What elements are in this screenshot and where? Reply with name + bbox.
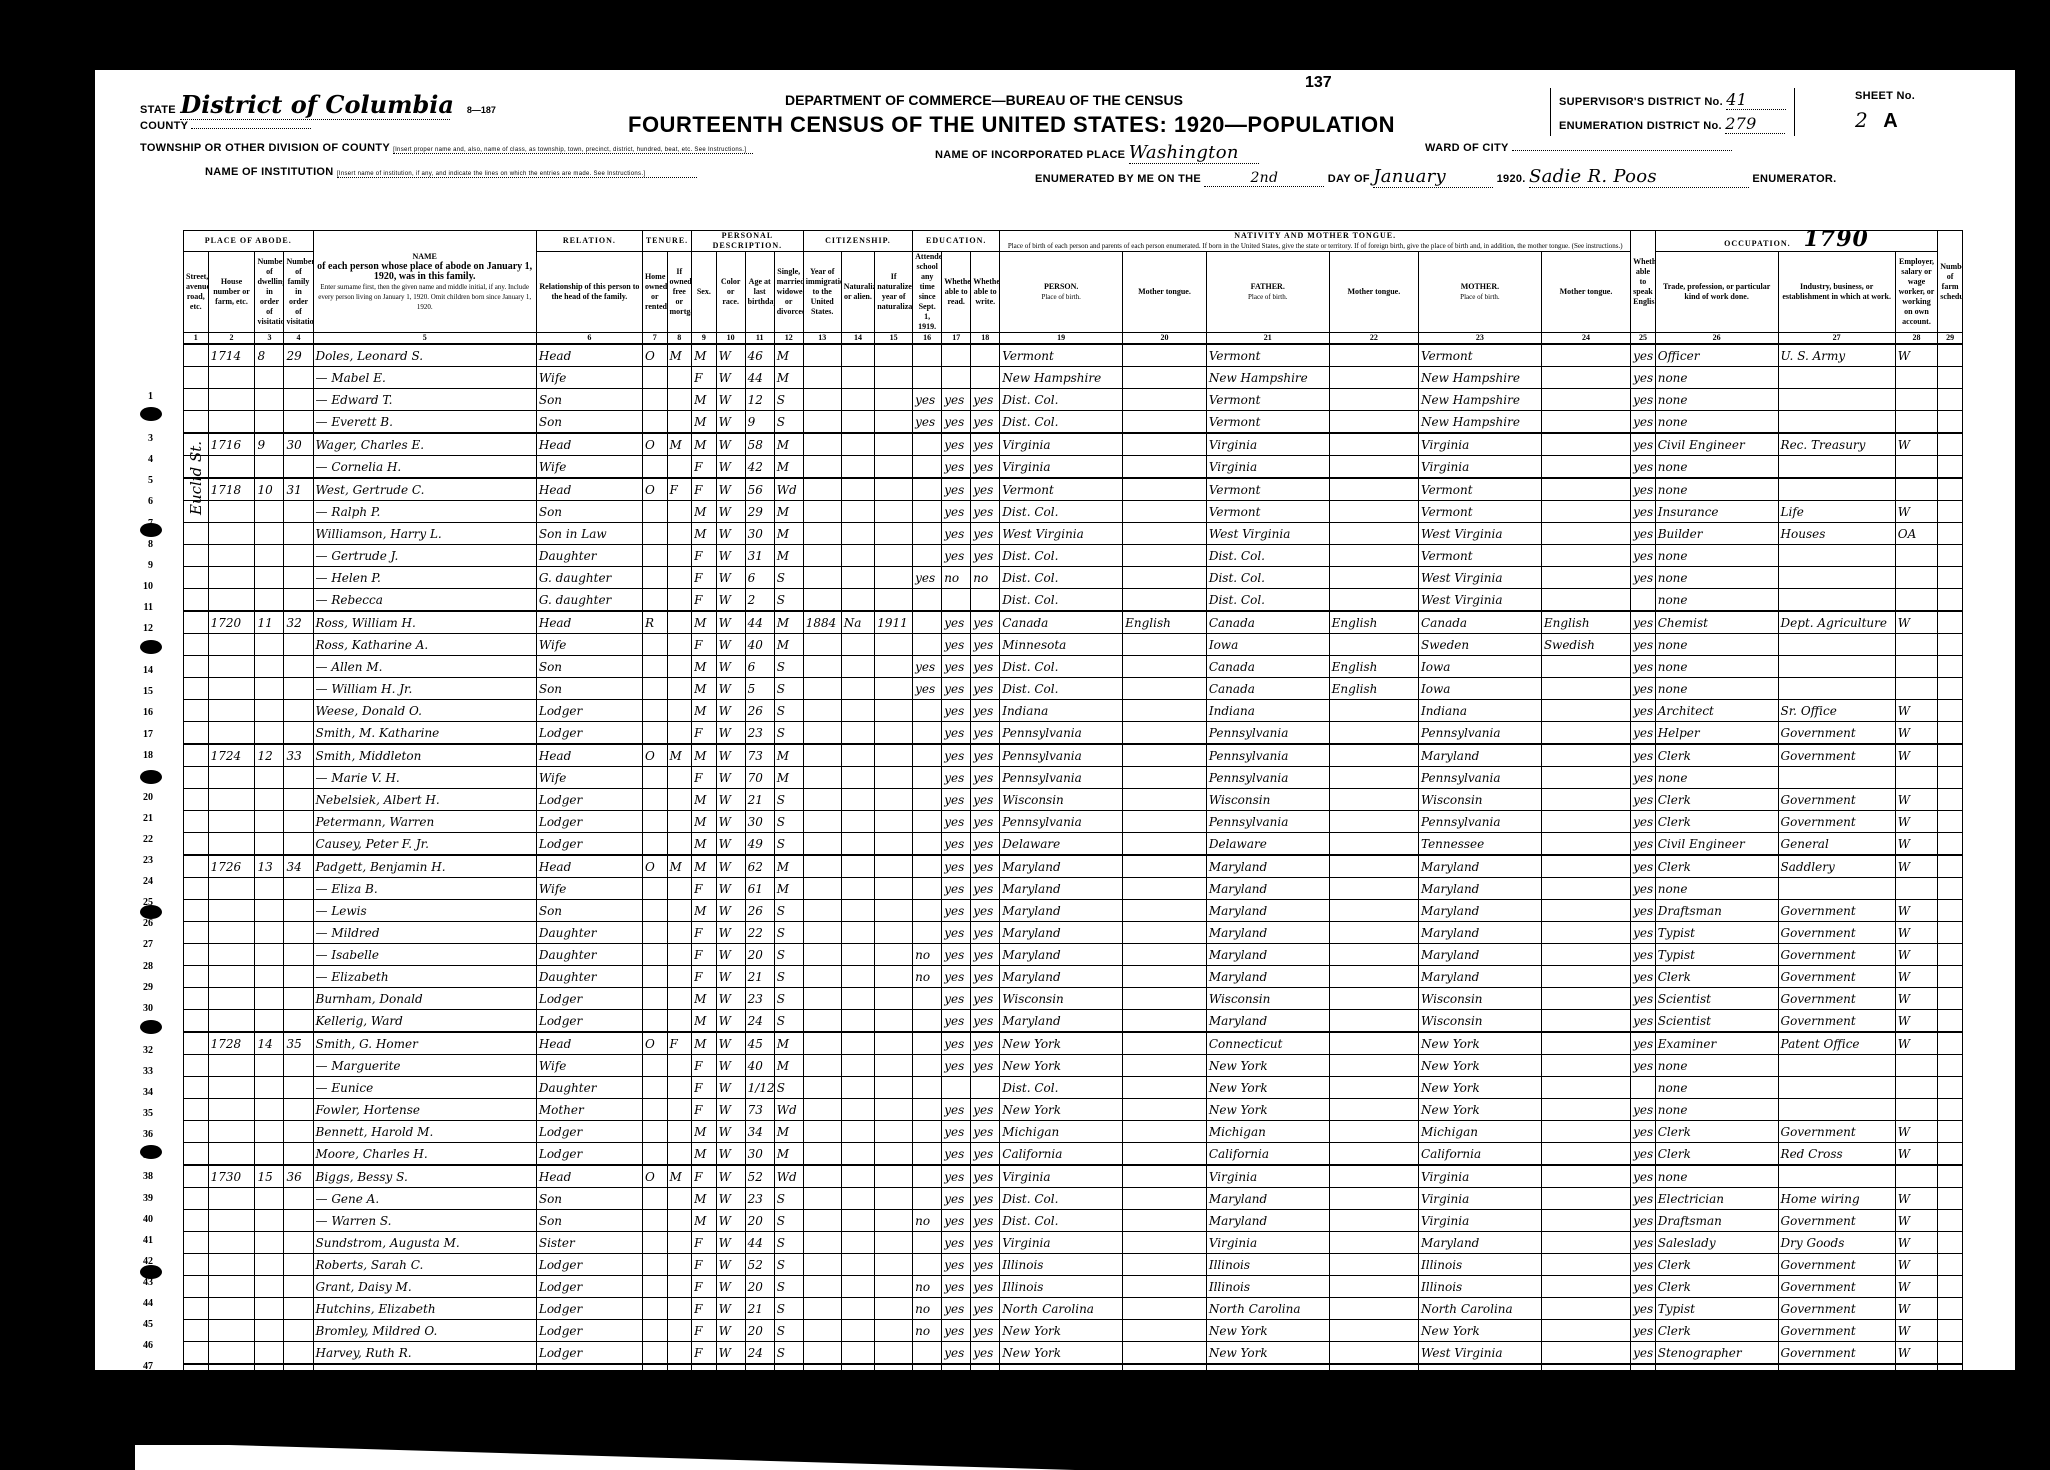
cell-school (913, 988, 942, 1010)
cell-fpob: Connecticut (1206, 1032, 1329, 1055)
census-row: — EuniceDaughterFW1/12SDist. Col.New Yor… (184, 1077, 1963, 1099)
cell-nat (841, 700, 875, 722)
cell-race: W (716, 1298, 745, 1320)
cell-name: Doles, Leonard S. (313, 344, 536, 367)
cell-farm (1938, 767, 1963, 789)
cell-relation: Son (536, 389, 642, 411)
cell-race: W (716, 1032, 745, 1055)
cell-mpob: Wisconsin (1419, 789, 1542, 811)
cell-marital: M (774, 456, 803, 479)
cell-read: yes (942, 1298, 971, 1320)
cell-sex: M (692, 611, 717, 634)
cell-tongue (1123, 589, 1207, 612)
cell-owned (642, 1298, 667, 1320)
cell-age: 6 (745, 656, 774, 678)
cell-nat (841, 878, 875, 900)
cell-age: 20 (745, 1320, 774, 1342)
cell-write: yes (971, 744, 1000, 767)
cell-sex: M (692, 523, 717, 545)
cell-marital: M (774, 1032, 803, 1055)
cell-age: 52 (745, 1254, 774, 1276)
cell-imm (803, 1210, 841, 1232)
cell-owned (642, 1409, 667, 1431)
group-citizenship: CITIZENSHIP. (803, 231, 912, 252)
cell-mtongue (1541, 678, 1630, 700)
cell-age: 73 (745, 1099, 774, 1121)
cell-pob: Illinois (1000, 1254, 1123, 1276)
line-number: 49 (133, 1399, 153, 1420)
cell-fpob: North Carolina (1206, 1298, 1329, 1320)
cell-dwelling (255, 767, 284, 789)
cell-school (913, 1342, 942, 1365)
cell-race: W (716, 700, 745, 722)
cell-tongue (1123, 478, 1207, 501)
cell-school (913, 501, 942, 523)
cell-family (284, 922, 313, 944)
cell-mpob: Pennsylvania (1419, 811, 1542, 833)
cell-school (913, 1232, 942, 1254)
ward-field: WARD OF CITY (1425, 142, 1732, 154)
cell-mortgage (667, 700, 692, 722)
cell-write: yes (971, 1342, 1000, 1365)
cell-dwelling: 15 (255, 1165, 284, 1188)
cell-marital: M (774, 1409, 803, 1431)
line-number: 24 (133, 871, 153, 892)
cell-farm (1938, 1055, 1963, 1077)
cell-natyr (875, 478, 913, 501)
cell-street (184, 1099, 209, 1121)
cell-street (184, 1342, 209, 1365)
cell-age: 70 (745, 767, 774, 789)
cell-ftongue (1329, 1055, 1418, 1077)
census-row: — Gertrude J.DaughterFW31MyesyesDist. Co… (184, 545, 1963, 567)
cell-owned (642, 678, 667, 700)
cell-natyr (875, 1121, 913, 1143)
cell-house (208, 411, 255, 434)
cell-pob: Kansas (1000, 1387, 1123, 1409)
cell-school (913, 811, 942, 833)
cell-ftongue (1329, 988, 1418, 1010)
cell-industry: Government (1778, 1409, 1895, 1431)
line-number: 36 (133, 1124, 153, 1145)
cell-natyr (875, 767, 913, 789)
cell-write: yes (971, 456, 1000, 479)
cell-marital: S (774, 1188, 803, 1210)
cell-natyr (875, 944, 913, 966)
cell-street (184, 611, 209, 634)
cell-sex: F (692, 966, 717, 988)
punch-hole (140, 1020, 162, 1034)
cell-nat (841, 789, 875, 811)
cell-owned: R (642, 611, 667, 634)
cell-industry (1778, 456, 1895, 479)
form-code: 8—187 (467, 105, 496, 115)
cell-nat (841, 367, 875, 389)
cell-pob: Virginia (1000, 1409, 1123, 1431)
cell-sex: F (692, 1298, 717, 1320)
cell-mortgage (667, 367, 692, 389)
cell-name: West, Gertrude C. (313, 478, 536, 501)
cell-english: yes (1631, 1099, 1656, 1121)
cell-class (1895, 678, 1937, 700)
cell-tongue (1123, 744, 1207, 767)
cell-write: yes (971, 1320, 1000, 1342)
cell-english: yes (1631, 678, 1656, 700)
cell-school (913, 1387, 942, 1409)
punch-hole (140, 407, 162, 421)
cell-name: Williamson, Harry L. (313, 523, 536, 545)
cell-family (284, 1232, 313, 1254)
cell-natyr (875, 1099, 913, 1121)
cell-write: yes (971, 523, 1000, 545)
cell-name: Wager, Charles E. (313, 433, 536, 456)
cell-mtongue (1541, 478, 1630, 501)
cell-dwelling (255, 878, 284, 900)
cell-mtongue (1541, 456, 1630, 479)
census-row: 17261334Padgett, Benjamin H.HeadOMMW62My… (184, 855, 1963, 878)
cell-house (208, 501, 255, 523)
cell-relation: Head (536, 855, 642, 878)
cell-natyr (875, 878, 913, 900)
cell-pob: Dist. Col. (1000, 1077, 1123, 1099)
cell-imm (803, 1298, 841, 1320)
cell-race: W (716, 1121, 745, 1143)
census-row: — William H. Jr.SonMW5SyesyesyesDist. Co… (184, 678, 1963, 700)
cell-imm (803, 1276, 841, 1298)
cell-read: yes (942, 1320, 971, 1342)
cell-farm (1938, 456, 1963, 479)
cell-owned: O (642, 1364, 667, 1387)
cell-natyr (875, 1276, 913, 1298)
cell-class: W (1895, 1032, 1937, 1055)
cell-tongue (1123, 1342, 1207, 1365)
cell-dwelling (255, 411, 284, 434)
cell-family (284, 501, 313, 523)
cell-ftongue (1329, 922, 1418, 944)
township-field: TOWNSHIP OR OTHER DIVISION OF COUNTY [In… (140, 142, 753, 154)
cell-age: 61 (745, 878, 774, 900)
cell-owned (642, 1387, 667, 1409)
cell-class: W (1895, 700, 1937, 722)
cell-mtongue (1541, 922, 1630, 944)
cell-school: no (913, 966, 942, 988)
cell-fpob: Vermont (1206, 344, 1329, 367)
census-row: — Ralph P.SonMW29MyesyesDist. Col.Vermon… (184, 501, 1963, 523)
cell-trade: none (1655, 878, 1778, 900)
cell-mortgage (667, 545, 692, 567)
cell-house (208, 767, 255, 789)
cell-farm (1938, 744, 1963, 767)
cell-tongue (1123, 545, 1207, 567)
cell-sex: F (692, 367, 717, 389)
cell-farm (1938, 1143, 1963, 1166)
cell-family (284, 1143, 313, 1166)
cell-natyr: 1911 (875, 611, 913, 634)
cell-fpob: Pennsylvania (1206, 744, 1329, 767)
cell-relation: Lodger (536, 1143, 642, 1166)
cell-nat (841, 1387, 875, 1409)
cell-relation: Lodger (536, 1010, 642, 1033)
header-english: Whether able to speak English. (1631, 231, 1656, 333)
state-field: STATE District of Columbia 8—187 (140, 90, 496, 120)
cell-family (284, 1387, 313, 1409)
cell-imm (803, 1254, 841, 1276)
cell-relation: Daughter (536, 922, 642, 944)
cell-age: 2 (745, 589, 774, 612)
cell-write: yes (971, 1188, 1000, 1210)
cell-ftongue: French (1329, 1364, 1418, 1387)
cell-mpob: Maryland (1419, 1232, 1542, 1254)
cell-marital: M (774, 744, 803, 767)
cell-owned (642, 833, 667, 856)
cell-school (913, 789, 942, 811)
cell-farm (1938, 433, 1963, 456)
cell-fpob: Illinois (1206, 1276, 1329, 1298)
cell-class: W (1895, 1143, 1937, 1166)
cell-ftongue (1329, 878, 1418, 900)
cell-mortgage (667, 767, 692, 789)
cell-natyr (875, 1143, 913, 1166)
cell-industry: Government (1778, 1276, 1895, 1298)
cell-name: Zeliger, Robt. J. (313, 1364, 536, 1387)
cell-school (913, 833, 942, 856)
cell-industry: Government (1778, 1342, 1895, 1365)
cell-house (208, 833, 255, 856)
census-row: — Everett B.SonMW9SyesyesyesDist. Col.Ve… (184, 411, 1963, 434)
cell-industry: Government (1778, 744, 1895, 767)
cell-trade: Typist (1655, 1298, 1778, 1320)
cell-mortgage (667, 1055, 692, 1077)
cell-name: — Gene A. (313, 1188, 536, 1210)
cell-mpob: Canada (1419, 611, 1542, 634)
cell-name: — Allen M. (313, 656, 536, 678)
cell-relation: Lodger (536, 1254, 642, 1276)
cell-fpob: Pennsylvania (1206, 811, 1329, 833)
cell-mpob: West Virginia (1419, 1342, 1542, 1365)
cell-owned (642, 589, 667, 612)
cell-read: yes (942, 1342, 971, 1365)
cell-tongue (1123, 1121, 1207, 1143)
cell-natyr (875, 922, 913, 944)
cell-industry: Dept. Agriculture (1778, 611, 1895, 634)
cell-pob: Dist. Col. (1000, 411, 1123, 434)
header-class: Employer, salary or wage worker, or work… (1895, 252, 1937, 333)
header-owned: Home owned or rented. (642, 252, 667, 333)
cell-ftongue (1329, 789, 1418, 811)
cell-house (208, 545, 255, 567)
census-row: 17181031West, Gertrude C.HeadOFFW56Wdyes… (184, 478, 1963, 501)
cell-school (913, 744, 942, 767)
cell-class: W (1895, 501, 1937, 523)
enumeration-date-field: ENUMERATED BY ME ON THE 2nd DAY OF Janua… (1035, 166, 1837, 188)
cell-sex: F (692, 944, 717, 966)
line-number: 18 (133, 745, 153, 766)
cell-mortgage: M (667, 855, 692, 878)
cell-sex: F (692, 1276, 717, 1298)
cell-class: W (1895, 900, 1937, 922)
cell-imm (803, 833, 841, 856)
cell-industry (1778, 656, 1895, 678)
cell-marital: Wd (774, 478, 803, 501)
cell-ftongue (1329, 1210, 1418, 1232)
cell-marital: M (774, 1387, 803, 1409)
cell-imm (803, 367, 841, 389)
cell-race: W (716, 1232, 745, 1254)
header-father-tongue: Mother tongue. (1329, 252, 1418, 333)
cell-trade: none (1655, 589, 1778, 612)
cell-imm (803, 966, 841, 988)
cell-name: Nebelsiek, Albert H. (313, 789, 536, 811)
cell-pob: New York (1000, 1099, 1123, 1121)
cell-sex: M (692, 656, 717, 678)
cell-ftongue (1329, 1165, 1418, 1188)
cell-ftongue (1329, 523, 1418, 545)
cell-mpob: Virginia (1419, 1409, 1542, 1431)
cell-mpob: West Virginia (1419, 589, 1542, 612)
cell-sex: M (692, 1210, 717, 1232)
cell-trade: none (1655, 367, 1778, 389)
cell-school (913, 456, 942, 479)
cell-relation: Lodger (536, 700, 642, 722)
cell-ftongue (1329, 589, 1418, 612)
line-number: 16 (133, 702, 153, 723)
census-row: Williamson, Harry L.Son in LawMW30Myesye… (184, 523, 1963, 545)
cell-class: W (1895, 1188, 1937, 1210)
cell-mpob: Illinois (1419, 1276, 1542, 1298)
cell-write: no (971, 567, 1000, 589)
cell-house (208, 1099, 255, 1121)
cell-english: yes (1631, 922, 1656, 944)
cell-fpob: Pennsylvania (1206, 1387, 1329, 1409)
cell-industry: U. S. Army (1778, 344, 1895, 367)
cell-natyr (875, 1010, 913, 1033)
cell-tongue (1123, 1010, 1207, 1033)
cell-nat (841, 656, 875, 678)
cell-age: 12 (745, 389, 774, 411)
cell-street (184, 1276, 209, 1298)
cell-dwelling: 16 (255, 1364, 284, 1387)
cell-family (284, 878, 313, 900)
cell-marital: Wd (774, 1099, 803, 1121)
cell-sex: M (692, 700, 717, 722)
cell-school (913, 478, 942, 501)
cell-race: W (716, 988, 745, 1010)
cell-mortgage (667, 722, 692, 745)
cell-sex: M (692, 389, 717, 411)
cell-farm (1938, 589, 1963, 612)
cell-imm: 1884 (803, 611, 841, 634)
cell-pob: Dist. Col. (1000, 1188, 1123, 1210)
cell-nat (841, 344, 875, 367)
cell-race: W (716, 944, 745, 966)
cell-class: W (1895, 1342, 1937, 1365)
cell-dwelling (255, 1188, 284, 1210)
cell-house (208, 1188, 255, 1210)
cell-name: — Mabel E. (313, 367, 536, 389)
cell-nat (841, 1143, 875, 1166)
cell-relation: Lodger (536, 1121, 642, 1143)
cell-owned (642, 966, 667, 988)
cell-fpob: Maryland (1206, 966, 1329, 988)
cell-english: yes (1631, 389, 1656, 411)
cell-school (913, 700, 942, 722)
cell-imm (803, 456, 841, 479)
header-person-pob: PERSON.Place of birth. (1000, 252, 1123, 333)
cell-name: Oestermann, Edw. L. (313, 1409, 536, 1431)
cell-tongue (1123, 389, 1207, 411)
cell-pob: Dist. Col. (1000, 389, 1123, 411)
cell-imm (803, 344, 841, 367)
cell-read (942, 1077, 971, 1099)
cell-sex: M (692, 744, 717, 767)
cell-pob: New Hampshire (1000, 367, 1123, 389)
cell-relation: Nephew (536, 1409, 642, 1431)
cell-age: 30 (745, 811, 774, 833)
cell-write: yes (971, 1099, 1000, 1121)
header-trade: Trade, profession, or particular kind of… (1655, 252, 1778, 333)
line-number: 20 (133, 787, 153, 808)
cell-write: yes (971, 389, 1000, 411)
cell-name: Harvey, Ruth R. (313, 1342, 536, 1365)
cell-farm (1938, 1121, 1963, 1143)
cell-house (208, 1143, 255, 1166)
census-row: Oestermann, Edw. L.NephewMW37MyesyesVirg… (184, 1409, 1963, 1431)
cell-farm (1938, 501, 1963, 523)
cell-farm (1938, 1210, 1963, 1232)
cell-family: 31 (284, 478, 313, 501)
cell-school (913, 1055, 942, 1077)
cell-marital: S (774, 1077, 803, 1099)
cell-trade: Clerk (1655, 1254, 1778, 1276)
cell-relation: G. daughter (536, 567, 642, 589)
cell-fpob: New York (1206, 1077, 1329, 1099)
cell-ftongue (1329, 966, 1418, 988)
cell-name: Burnham, Donald (313, 988, 536, 1010)
cell-race: W (716, 545, 745, 567)
cell-street (184, 1143, 209, 1166)
cell-pob: Maryland (1000, 966, 1123, 988)
cell-read: yes (942, 811, 971, 833)
cell-sex: F (692, 1099, 717, 1121)
cell-tongue (1123, 789, 1207, 811)
cell-mtongue (1541, 1210, 1630, 1232)
cell-english: yes (1631, 1342, 1656, 1365)
cell-trade: none (1655, 634, 1778, 656)
cell-trade: Clerk (1655, 1320, 1778, 1342)
cell-dwelling (255, 789, 284, 811)
cell-imm (803, 1055, 841, 1077)
cell-school (913, 523, 942, 545)
cell-mortgage (667, 1387, 692, 1409)
cell-street (184, 1409, 209, 1431)
cell-english: yes (1631, 1276, 1656, 1298)
cell-trade: Chemist (1655, 611, 1778, 634)
cell-write: yes (971, 1387, 1000, 1409)
cell-sex: M (692, 900, 717, 922)
cell-family (284, 634, 313, 656)
cell-read: yes (942, 855, 971, 878)
cell-age: 40 (745, 1364, 774, 1387)
cell-school (913, 1099, 942, 1121)
cell-read: yes (942, 988, 971, 1010)
cell-school (913, 634, 942, 656)
cell-family (284, 722, 313, 745)
cell-read: yes (942, 1210, 971, 1232)
cell-industry: Government (1778, 1320, 1895, 1342)
cell-natyr (875, 1077, 913, 1099)
cell-fpob: Maryland (1206, 944, 1329, 966)
cell-class (1895, 656, 1937, 678)
